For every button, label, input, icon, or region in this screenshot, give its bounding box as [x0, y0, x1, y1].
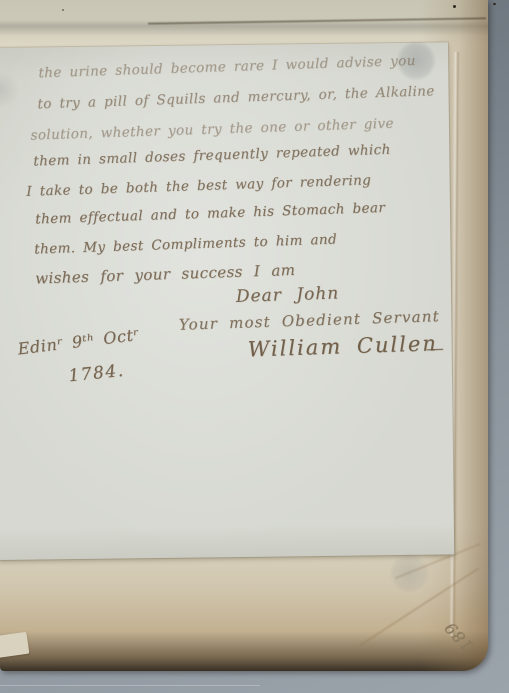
letter-line: them in small doses frequently repeated …	[33, 142, 391, 170]
salutation-line: Dear John	[236, 283, 340, 306]
letter-line: the urine should become rare I would adv…	[38, 53, 416, 82]
dateline: Edinʳ 9ᵗʰ Octʳ	[17, 325, 141, 359]
letter-line: them effectual and to make his Stomach b…	[35, 200, 385, 228]
paper-wedge	[0, 632, 29, 659]
scanner-glint	[0, 685, 260, 686]
letter-paper: the urine should become rare I would adv…	[0, 42, 454, 560]
signature-flourish: —	[425, 338, 444, 360]
dust-speck	[62, 9, 64, 11]
letter-line: them. My best Compliments to him and	[34, 232, 337, 258]
scanned-letter-photo: the urine should become rare I would adv…	[0, 0, 509, 693]
page-number: 189	[433, 587, 503, 656]
dust-speck	[453, 5, 456, 8]
date-year: 1784.	[68, 361, 126, 387]
handwritten-text: the urine should become rare I would adv…	[0, 34, 464, 561]
letter-line: to try a pill of Squills and mercury, or…	[37, 83, 435, 112]
signature-line: William Cullen	[247, 331, 438, 361]
page-crease	[148, 17, 486, 24]
closing-line: Your most Obedient Servant	[179, 307, 441, 334]
letter-line: I take to be both the best way for rende…	[26, 172, 371, 199]
letter-line: solution, whether you try the one or oth…	[30, 116, 394, 144]
letter-line: wishes for your success I am	[35, 261, 296, 288]
dust-speck	[493, 3, 496, 5]
stamp-stain	[389, 553, 429, 593]
book-page: the urine should become rare I would adv…	[0, 0, 488, 671]
